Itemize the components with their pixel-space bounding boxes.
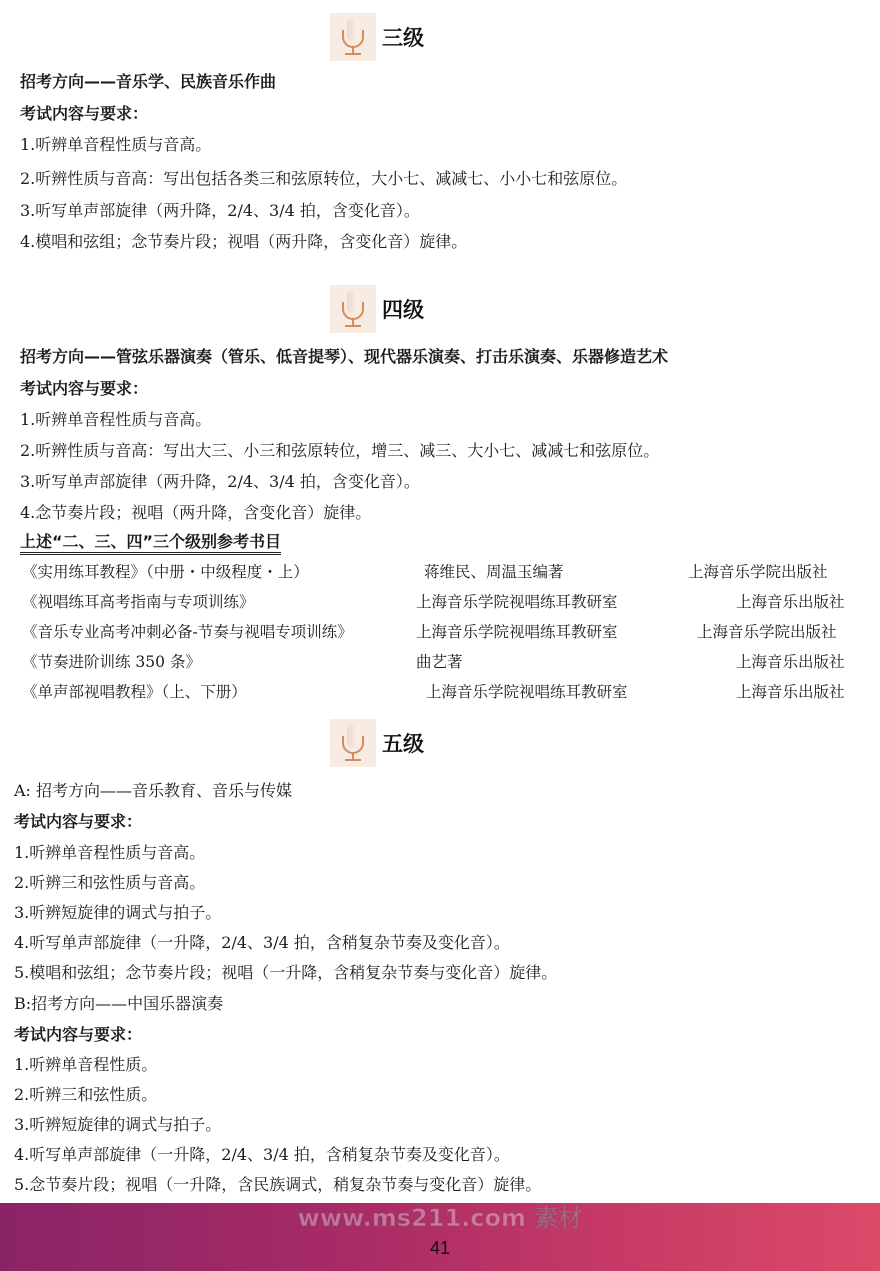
requirement-item: 4.听写单声部旋律（一升降，2/4、3/4 拍，含稍复杂节奏及变化音）。 (14, 1144, 510, 1166)
requirement-item: 3.听写单声部旋律（两升降，2/4、3/4 拍，含变化音）。 (20, 471, 420, 493)
requirement-item: 3.听写单声部旋律（两升降，2/4、3/4 拍，含变化音）。 (20, 200, 420, 222)
requirement-item: 4.念节奏片段；视唱（两升降，含变化音）旋律。 (20, 502, 371, 524)
book-author: 上海音乐学院视唱练耳教研室 (426, 682, 628, 702)
exam-direction-a: A: 招考方向——音乐教育、音乐与传媒 (14, 780, 292, 802)
requirements-label: 考试内容与要求： (20, 378, 148, 400)
book-title: 《音乐专业高考冲刺必备-节奏与视唱专项训练》 (22, 622, 353, 642)
exam-direction: 招考方向——管弦乐器演奏（管乐、低音提琴）、现代器乐演奏、打击乐演奏、乐器修造艺… (20, 346, 668, 368)
requirements-label: 考试内容与要求： (20, 103, 148, 125)
book-publisher: 上海音乐出版社 (736, 652, 845, 672)
requirement-item: 2.听辨三和弦性质。 (14, 1084, 157, 1106)
requirement-item: 5.念节奏片段；视唱（一升降，含民族调式，稍复杂节奏与变化音）旋律。 (14, 1174, 541, 1196)
microphone-icon (330, 719, 376, 767)
watermark: www.ms211.com 素材 (0, 1198, 880, 1233)
book-publisher: 上海音乐出版社 (736, 682, 845, 702)
requirement-item: 3.听辨短旋律的调式与拍子。 (14, 902, 221, 924)
book-title: 《单声部视唱教程》（上、下册） (22, 682, 247, 702)
reference-books-heading: 上述“二、三、四”三个级别参考书目 (20, 532, 281, 555)
requirement-item: 5.模唱和弦组；念节奏片段；视唱（一升降，含稍复杂节奏与变化音）旋律。 (14, 962, 557, 984)
microphone-icon (330, 13, 376, 61)
book-author: 上海音乐学院视唱练耳教研室 (416, 592, 618, 612)
book-publisher: 上海音乐出版社 (736, 592, 845, 612)
requirement-item: 4.模唱和弦组；念节奏片段；视唱（两升降，含变化音）旋律。 (20, 231, 467, 253)
microphone-icon (330, 285, 376, 333)
requirement-item: 1.听辨单音程性质与音高。 (14, 842, 205, 864)
book-author: 蒋维民、周温玉编著 (424, 562, 564, 582)
book-publisher: 上海音乐学院出版社 (688, 562, 828, 582)
requirements-label: 考试内容与要求： (14, 1024, 142, 1046)
level-five-header: 五级 (330, 719, 424, 767)
book-author: 曲艺著 (416, 652, 463, 672)
requirement-item: 2.听辨三和弦性质与音高。 (14, 872, 205, 894)
book-title: 《视唱练耳高考指南与专项训练》 (22, 592, 255, 612)
level-three-header: 三级 (330, 13, 424, 61)
book-title: 《实用练耳教程》（中册・中级程度・上） (22, 562, 309, 582)
exam-direction: 招考方向——音乐学、民族音乐作曲 (20, 71, 276, 93)
requirement-item: 2.听辨性质与音高：写出大三、小三和弦原转位，增三、减三、大小七、减减七和弦原位… (20, 440, 659, 462)
requirement-item: 4.听写单声部旋律（一升降，2/4、3/4 拍，含稍复杂节奏及变化音）。 (14, 932, 510, 954)
requirement-item: 2.听辨性质与音高：写出包括各类三和弦原转位，大小七、减减七、小小七和弦原位。 (20, 168, 627, 190)
requirement-item: 1.听辨单音程性质。 (14, 1054, 157, 1076)
book-publisher: 上海音乐学院出版社 (697, 622, 837, 642)
level-title: 四级 (382, 294, 424, 324)
book-author: 上海音乐学院视唱练耳教研室 (416, 622, 618, 642)
requirement-item: 3.听辨短旋律的调式与拍子。 (14, 1114, 221, 1136)
requirement-item: 1.听辨单音程性质与音高。 (20, 134, 211, 156)
level-title: 五级 (382, 728, 424, 758)
requirement-item: 1.听辨单音程性质与音高。 (20, 409, 211, 431)
level-title: 三级 (382, 22, 424, 52)
exam-direction-b: B:招考方向——中国乐器演奏 (14, 993, 223, 1015)
page-number: 41 (0, 1238, 880, 1259)
level-four-header: 四级 (330, 285, 424, 333)
book-title: 《节奏进阶训练 350 条》 (22, 652, 201, 672)
requirements-label: 考试内容与要求： (14, 811, 142, 833)
